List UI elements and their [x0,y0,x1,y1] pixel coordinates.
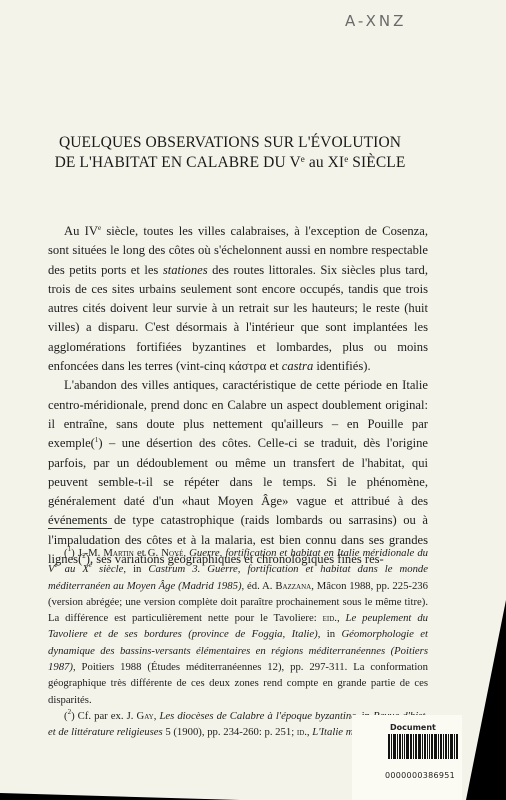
text: des routes littorales. Six siècles plus … [48,263,428,373]
italic-term: castra [282,359,313,373]
barcode-label: Document 0000000386951 [352,715,462,800]
footnote-1: (1) J.-M. Martin et G. Noyé, Guerre, for… [48,545,428,708]
document-page: A-XNZ QUELQUES OBSERVATIONS SUR L'ÉVOLUT… [0,0,506,800]
text: 5 (1900), pp. 234-260: p. 251; [163,726,297,738]
title-line-2: DE L'HABITAT EN CALABRE DU Ve au XIe SIÈ… [40,153,420,173]
title-text: DE L'HABITAT EN CALABRE DU V [55,154,301,171]
barcode-number: 0000000386951 [385,771,455,780]
citation-title: Les diocèses de Calabre à l'époque byzan… [159,710,356,722]
text: , in [123,563,148,575]
text: , in [318,628,342,640]
body-text: Au IVe siècle, toutes les villes calabra… [48,222,428,569]
editor-name: Bazzana [275,580,311,592]
author-abbrev: id. [297,726,307,738]
text: Cf. par ex. J. [75,710,137,722]
article-title: QUELQUES OBSERVATIONS SUR L'ÉVOLUTION DE… [40,133,420,173]
text: , Poitiers 1988 (Études méditerranéennes… [48,661,428,706]
footnote-divider [48,528,112,529]
handwritten-call-number: A-XNZ [345,12,406,30]
title-line-1: QUELQUES OBSERVATIONS SUR L'ÉVOLUTION [40,133,420,153]
italic-term: stationes [163,263,208,277]
footnote-marker: 1 [68,545,72,553]
author-name: Martin [103,547,133,559]
text: J.-M. [75,547,104,559]
barcode-icon [388,734,498,759]
paragraph-2: L'abandon des villes antiques, caractéri… [48,376,428,569]
citation-title: siècle [92,563,123,575]
author-abbrev: eid. [323,612,337,624]
text: , [337,612,346,624]
title-text: au XI [305,154,344,171]
label-title: Document [390,723,436,732]
footnote-marker: 2 [68,708,72,716]
paragraph-1: Au IVe siècle, toutes les villes calabra… [48,222,428,376]
text: identifiés). [313,359,370,373]
footnotes: (1) J.-M. Martin et G. Noyé, Guerre, for… [48,545,428,741]
text: et G. [134,547,161,559]
citation-title: au X [58,563,89,575]
author-name: Gay [137,710,154,722]
text: , éd. A. [242,580,276,592]
text: Au IV [64,224,98,238]
title-text: SIÈCLE [348,154,405,171]
author-name: Noyé [161,547,183,559]
